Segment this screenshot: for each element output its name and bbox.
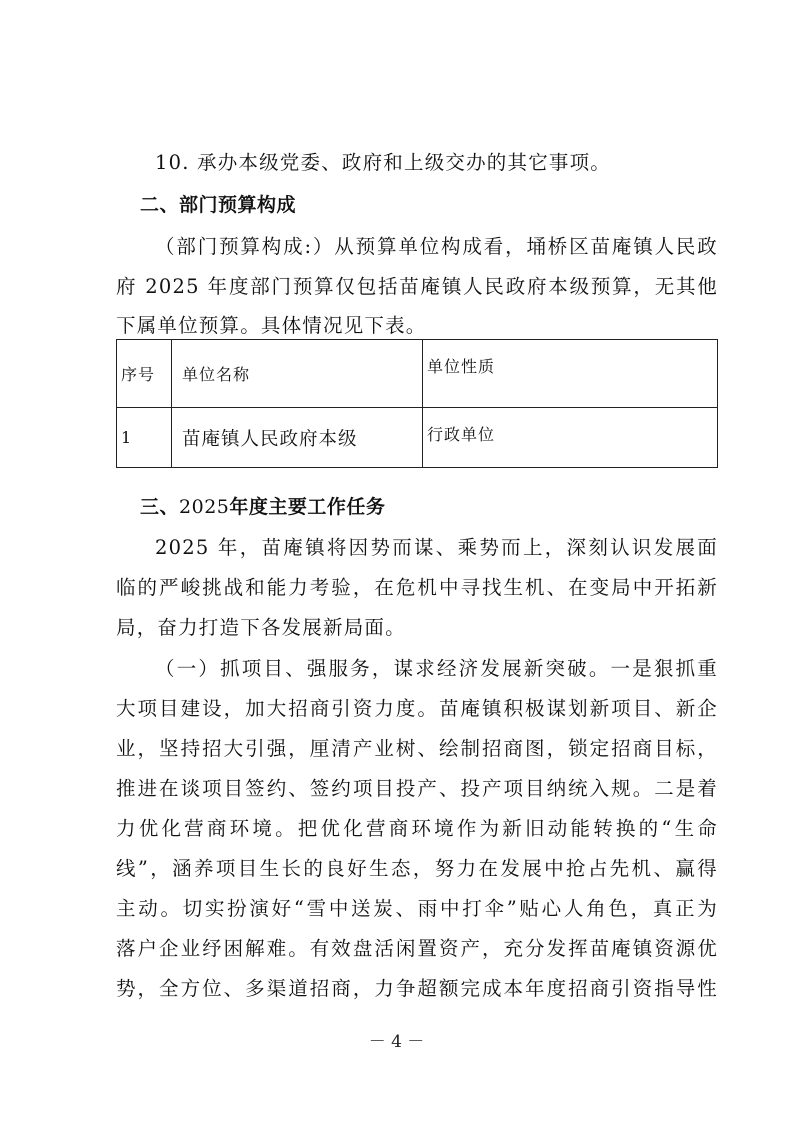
paragraph-line: 下属单位预算。具体情况见下表。 xyxy=(116,314,718,338)
page-number: － 4 － xyxy=(0,1027,793,1052)
paragraph-line: 推进在谈项目签约、签约项目投产、投产项目纳统入规。二是着 xyxy=(116,777,718,801)
paragraph-line: 2025 年，苗庵镇将因势而谋、乘势而上，深刻认识发展面 xyxy=(155,536,718,560)
paragraph-line: 力优化营商环境。把优化营商环境作为新旧动能转换的“生命 xyxy=(116,817,718,841)
paragraph-line: 府 2025 年度部门预算仅包括苗庵镇人民政府本级预算，无其他 xyxy=(116,275,718,299)
table-header-row: 序号 单位名称 单位性质 xyxy=(117,340,718,408)
table-cell: 1 xyxy=(117,408,172,468)
section-heading-2: 二、部门预算构成 xyxy=(140,193,703,217)
paragraph-line: （一）抓项目、强服务，谋求经济发展新突破。一是狠抓重 xyxy=(155,657,718,681)
table-header-cell: 单位性质 xyxy=(423,340,718,408)
paragraph-line: 势，全方位、多渠道招商，力争超额完成本年度招商引资指导性 xyxy=(116,977,718,1001)
section-heading-text: 部门预算构成 xyxy=(179,194,296,216)
paragraph-line: 主动。切实扮演好“雪中送炭、雨中打伞”贴心人角色，真正为 xyxy=(116,897,718,921)
paragraph-line: （部门预算构成:）从预算单位构成看，埇桥区苗庵镇人民政 xyxy=(155,235,718,259)
paragraph-line: 大项目建设，加大招商引资力度。苗庵镇积极谋划新项目、新企 xyxy=(116,697,718,721)
section-heading-3: 三、2025年度主要工作任务 xyxy=(140,495,703,519)
section-heading-text: 年度主要工作任务 xyxy=(229,496,385,518)
paragraph-line: 临的严峻挑战和能力考验，在危机中寻找生机、在变局中开拓新 xyxy=(116,576,718,600)
table-row: 1 苗庵镇人民政府本级 行政单位 xyxy=(117,408,718,468)
section-heading-prefix: 二、 xyxy=(140,194,179,216)
list-item-10: 10. 承办本级党委、政府和上级交办的其它事项。 xyxy=(155,151,718,175)
table-cell: 苗庵镇人民政府本级 xyxy=(172,408,423,468)
table-header-cell: 单位名称 xyxy=(172,340,423,408)
table-header-cell: 序号 xyxy=(117,340,172,408)
table-cell: 行政单位 xyxy=(423,408,718,468)
paragraph-line: 线”，涵养项目生长的良好生态，努力在发展中抢占先机、赢得 xyxy=(116,857,718,881)
paragraph-line: 局，奋力打造下各发展新局面。 xyxy=(116,616,718,640)
section-heading-year: 2025 xyxy=(179,496,229,518)
section-heading-prefix: 三、 xyxy=(140,496,179,518)
budget-units-table: 序号 单位名称 单位性质 1 苗庵镇人民政府本级 行政单位 xyxy=(116,339,718,468)
paragraph-line: 落户企业纾困解难。有效盘活闲置资产，充分发挥苗庵镇资源优 xyxy=(116,937,718,961)
paragraph-line: 业，坚持招大引强，厘清产业树、绘制招商图，锁定招商目标， xyxy=(116,737,718,761)
